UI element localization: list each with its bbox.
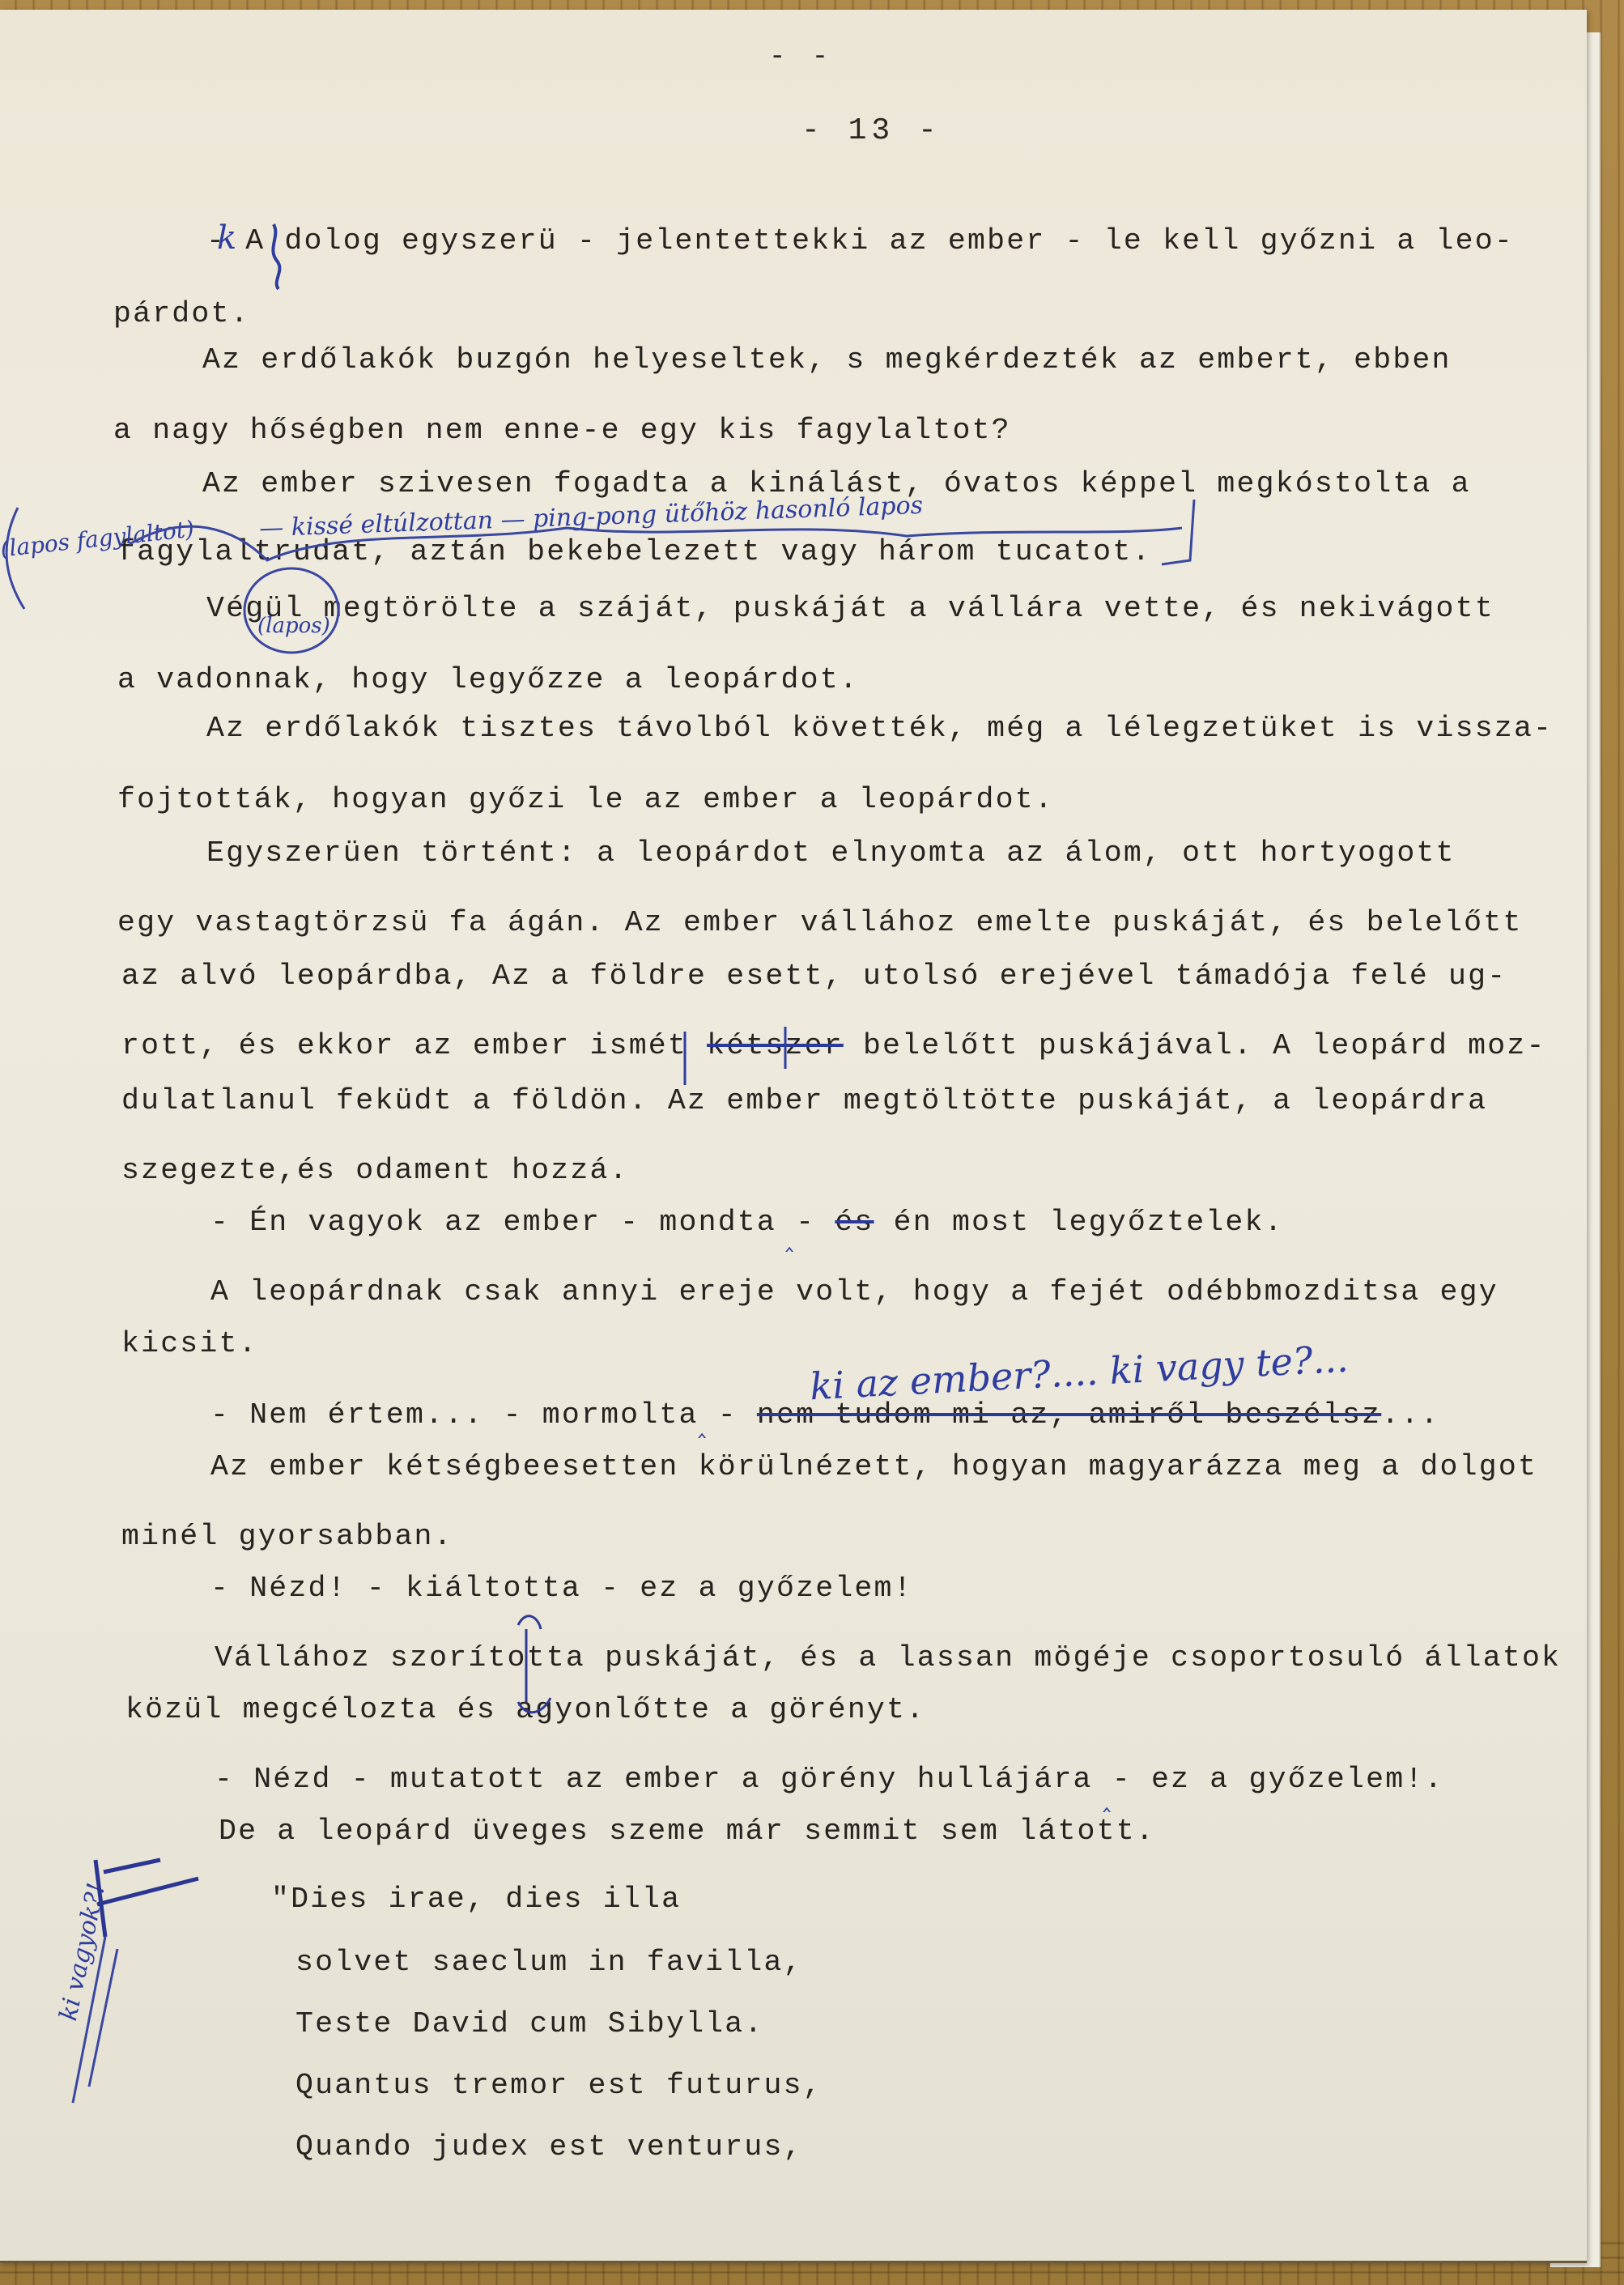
interlinear-note: — kissé eltúlzottan — ping-pong ütőhöz h…: [259, 494, 924, 542]
poem-line: solvet saeclum in favilla,: [295, 1948, 803, 1978]
typed-text: én most legyőztelek.: [874, 1206, 1284, 1239]
typed-line: minél gyorsabban.: [121, 1522, 453, 1552]
typed-text: - Nem értem... - mormolta -: [210, 1398, 757, 1432]
top-mark: - -: [769, 42, 833, 73]
typed-line: - Nézd! - kiáltotta - ez a győzelem!: [210, 1574, 913, 1604]
typed-line: - A dolog egyszerü - jelentettekki az em…: [206, 227, 1514, 257]
poem-line: Quantus tremor est futurus,: [295, 2071, 823, 2101]
typed-line: Vállához szorította puskáját, és a lassa…: [215, 1644, 1561, 1674]
handwritten-insertion-ki-az-ember: ki az ember?.... ki vagy te?...: [809, 1340, 1349, 1406]
manuscript-page: - - - 13 - - A dolog egyszerü - jelentet…: [0, 10, 1587, 2263]
typed-line: - Én vagyok az ember - mondta - és én mo…: [210, 1208, 1284, 1238]
typed-line: rott, és ekkor az ember ismét kétszer be…: [121, 1032, 1546, 1062]
typed-line: Az erdőlakók buzgón helyeseltek, s megké…: [202, 346, 1452, 376]
typed-text: ...: [1381, 1398, 1439, 1432]
typed-line: az alvó leopárdba, Az a földre esett, ut…: [121, 962, 1507, 992]
typed-line: dulatlanul feküdt a földön. Az ember meg…: [121, 1087, 1487, 1117]
typed-line: kicsit.: [121, 1330, 258, 1360]
poem-line: Quando judex est venturus,: [295, 2133, 803, 2163]
typed-line: a nagy hőségben nem enne-e egy kis fagyl…: [113, 416, 1011, 446]
struck-text: és: [835, 1206, 874, 1239]
caret-insert-mark: ‸: [785, 1224, 793, 1253]
poem-line: "Dies irae, dies illa: [271, 1885, 681, 1915]
typed-line: Az ember kétségbeesetten körülnézett, ho…: [210, 1453, 1537, 1483]
margin-note-bottom: ki vagyok?!: [57, 1881, 109, 2023]
typed-line: Az erdőlakók tisztes távolból követték, …: [206, 714, 1553, 744]
insertion-mark-k: k: [217, 222, 236, 254]
typed-line: fojtották, hogyan győzi le az ember a le…: [117, 785, 1054, 815]
typed-line: egy vastagtörzsü fa ágán. Az ember vállá…: [117, 908, 1522, 938]
typed-line: A leopárdnak csak annyi ereje volt, hogy…: [210, 1278, 1499, 1308]
typed-line: Egyszerüen történt: a leopárdot elnyomta…: [206, 839, 1456, 869]
typed-line: szegezte,és odament hozzá.: [121, 1156, 629, 1186]
caret-insert-mark: ‸: [698, 1411, 706, 1439]
typed-line: közül megcélozta és agyonlőtte a görényt…: [125, 1696, 925, 1725]
typed-text: rott, és ekkor az ember ismét: [121, 1029, 707, 1062]
typed-line: párdot.: [113, 300, 250, 330]
typed-line: a vadonnak, hogy legyőzze a leopárdot.: [117, 666, 859, 696]
struck-text: kétszer: [707, 1029, 844, 1062]
page-number: - 13 -: [801, 113, 942, 148]
poem-line: Teste David cum Sibylla.: [295, 2010, 764, 2040]
caret-insert-mark: ‸: [1103, 1785, 1111, 1813]
typed-text: belelőtt puskájával. A leopárd moz-: [844, 1029, 1546, 1062]
typed-line: De a leopárd üveges szeme már semmit sem…: [219, 1817, 1155, 1847]
typed-line: - Nézd - mutatott az ember a görény hull…: [215, 1765, 1444, 1795]
circled-replacement: (lapos): [257, 615, 330, 636]
typed-text: - Én vagyok az ember - mondta -: [210, 1206, 835, 1239]
typed-line: Végül megtörölte a száját, puskáját a vá…: [206, 594, 1494, 624]
